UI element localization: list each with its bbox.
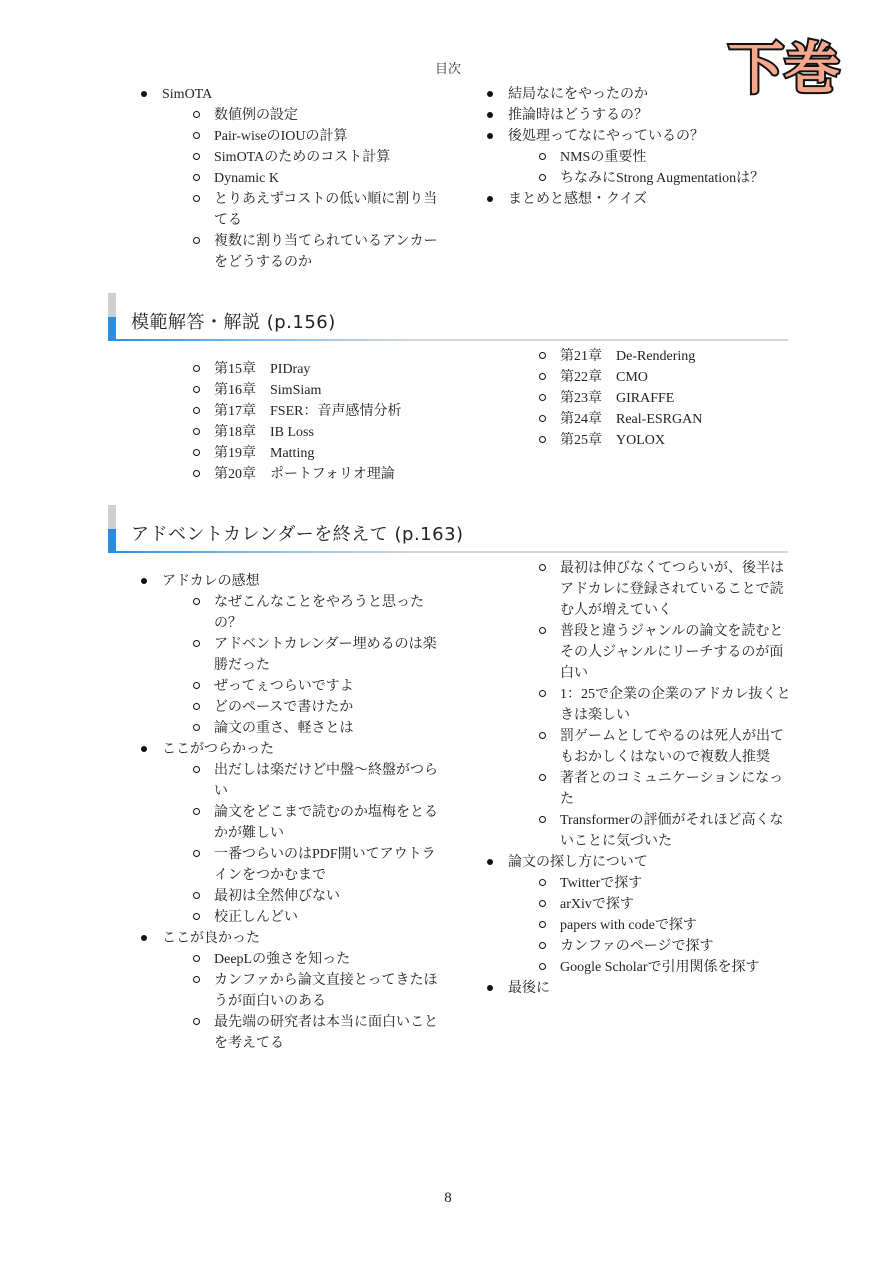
bullet-icon [487, 133, 493, 139]
answers-left-list: 第15章 PIDray 第16章 SimSiam 第17章 FSER：音声感情分… [190, 359, 470, 485]
bullet-icon [487, 196, 493, 202]
toc-subitem[interactable]: 最初は伸びなくてつらいが、後半はアドカレに登録されていることで読む人が増えていく [536, 558, 794, 621]
chapter-item[interactable]: 第25章 YOLOX [536, 430, 816, 451]
bullet-icon [141, 91, 147, 97]
toc-subitem[interactable]: 出だしは楽だけど中盤〜終盤がつらい [190, 760, 448, 802]
circle-bullet-icon [539, 436, 546, 443]
bullet-icon [487, 112, 493, 118]
toc-item[interactable]: SimOTA 数値例の設定 Pair-wiseのIOUの計算 SimOTAのため… [138, 84, 448, 273]
toc-subitem[interactable]: Transformerの評価がそれほど高くないことに気づいた [536, 810, 794, 852]
chapter-item[interactable]: 第22章 CMO [536, 367, 816, 388]
toc-subitem[interactable]: ちなみにStrong Augmentationは？ [536, 168, 794, 189]
toc-subitem[interactable]: 最初は全然伸びない [190, 886, 448, 907]
toc-item[interactable]: 最後に [484, 978, 794, 999]
section-heading-advent-calendar[interactable]: アドベントカレンダーを終えて (p.163) [108, 505, 788, 553]
toc-item[interactable]: 推論時はどうするの？ [484, 105, 794, 126]
toc-item[interactable]: 結局なにをやったのか [484, 84, 794, 105]
circle-bullet-icon [539, 963, 546, 970]
circle-bullet-icon [193, 808, 200, 815]
answers-right-list: 第21章 De-Rendering 第22章 CMO 第23章 GIRAFFE … [536, 346, 816, 451]
circle-bullet-icon [193, 386, 200, 393]
toc-subitem[interactable]: 一番つらいのはPDF開いてアウトラインをつかむまで [190, 844, 448, 886]
toc-subitem[interactable]: Pair-wiseのIOUの計算 [190, 126, 448, 147]
circle-bullet-icon [539, 627, 546, 634]
circle-bullet-icon [193, 766, 200, 773]
circle-bullet-icon [193, 598, 200, 605]
toc-subitem[interactable]: なぜこんなことをやろうと思ったの？ [190, 592, 448, 634]
heading-accent-bar [108, 293, 116, 317]
toc-subitem[interactable]: arXivで探す [536, 894, 794, 915]
heading-accent-bar [108, 505, 116, 529]
toc-subitem[interactable]: アドベントカレンダー埋めるのは楽勝だった [190, 634, 448, 676]
circle-bullet-icon [193, 449, 200, 456]
toc-subitem[interactable]: 1：25で企業の企業のアドカレ抜くときは楽しい [536, 684, 794, 726]
toc-subitem[interactable]: Twitterで探す [536, 873, 794, 894]
toc-subitem[interactable]: NMSの重要性 [536, 147, 794, 168]
circle-bullet-icon [193, 195, 200, 202]
circle-bullet-icon [193, 428, 200, 435]
chapter-item[interactable]: 第20章 ポートフォリオ理論 [190, 464, 470, 485]
circle-bullet-icon [539, 352, 546, 359]
toc-item[interactable]: まとめと感想・クイズ [484, 189, 794, 210]
heading-accent-bar [108, 317, 116, 341]
toc-item[interactable]: 後処理ってなにやっているの？ NMSの重要性 ちなみにStrong Augmen… [484, 126, 794, 189]
circle-bullet-icon [539, 153, 546, 160]
bullet-icon [141, 935, 147, 941]
bullet-icon [141, 578, 147, 584]
section-heading-model-answers[interactable]: 模範解答・解説 (p.156) [108, 293, 788, 341]
circle-bullet-icon [193, 640, 200, 647]
heading-underline [108, 339, 788, 341]
toc-subitem[interactable]: とりあえずコストの低い順に割り当てる [190, 189, 448, 231]
section-title: アドベントカレンダーを終えて (p.163) [131, 520, 464, 546]
toc-subitem[interactable]: 論文の重さ、軽さとは [190, 718, 448, 739]
toc-top-right: 結局なにをやったのか 推論時はどうするの？ 後処理ってなにやっているの？ NMS… [484, 84, 794, 210]
circle-bullet-icon [539, 415, 546, 422]
toc-subitem[interactable]: Dynamic K [190, 168, 448, 189]
circle-bullet-icon [539, 816, 546, 823]
circle-bullet-icon [193, 850, 200, 857]
toc-subitem[interactable]: どのペースで書けたか [190, 697, 448, 718]
circle-bullet-icon [193, 237, 200, 244]
toc-subitem[interactable]: 複数に割り当てられているアンカーをどうするのか [190, 231, 448, 273]
chapter-item[interactable]: 第18章 IB Loss [190, 422, 470, 443]
circle-bullet-icon [193, 682, 200, 689]
toc-subitem[interactable]: 校正しんどい [190, 907, 448, 928]
bullet-icon [487, 985, 493, 991]
circle-bullet-icon [193, 724, 200, 731]
chapter-item[interactable]: 第21章 De-Rendering [536, 346, 816, 367]
toc-subitem[interactable]: Google Scholarで引用関係を探す [536, 957, 794, 978]
chapter-item[interactable]: 第19章 Matting [190, 443, 470, 464]
chapter-item[interactable]: 第23章 GIRAFFE [536, 388, 816, 409]
circle-bullet-icon [193, 407, 200, 414]
toc-item[interactable]: 論文の探し方について Twitterで探す arXivで探す papers wi… [484, 852, 794, 978]
toc-subitem[interactable]: 罰ゲームとしてやるのは死人が出てもおかしくはないので複数人推奨 [536, 726, 794, 768]
bullet-icon [487, 91, 493, 97]
circle-bullet-icon [193, 976, 200, 983]
circle-bullet-icon [193, 470, 200, 477]
circle-bullet-icon [193, 111, 200, 118]
toc-subitem[interactable]: 普段と違うジャンルの論文を読むとその人ジャンルにリーチするのが面白い [536, 621, 794, 684]
toc-subitem[interactable]: 数値例の設定 [190, 105, 448, 126]
toc-subitem[interactable]: DeepLの強さを知った [190, 949, 448, 970]
circle-bullet-icon [539, 900, 546, 907]
circle-bullet-icon [539, 564, 546, 571]
toc-subitem[interactable]: カンファから論文直接とってきたほうが面白いのある [190, 970, 448, 1012]
toc-subitem[interactable]: SimOTAのためのコスト計算 [190, 147, 448, 168]
chapter-item[interactable]: 第16章 SimSiam [190, 380, 470, 401]
circle-bullet-icon [539, 174, 546, 181]
section-title: 模範解答・解説 (p.156) [131, 308, 336, 334]
toc-item[interactable]: ここが良かった DeepLの強さを知った カンファから論文直接とってきたほうが面… [138, 928, 448, 1054]
circle-bullet-icon [539, 942, 546, 949]
circle-bullet-icon [193, 1018, 200, 1025]
circle-bullet-icon [193, 153, 200, 160]
bullet-icon [141, 746, 147, 752]
circle-bullet-icon [539, 373, 546, 380]
chapter-item[interactable]: 第24章 Real-ESRGAN [536, 409, 816, 430]
circle-bullet-icon [539, 879, 546, 886]
circle-bullet-icon [193, 913, 200, 920]
bullet-icon [487, 859, 493, 865]
toc-subitem[interactable]: ぜってぇつらいですよ [190, 676, 448, 697]
circle-bullet-icon [539, 774, 546, 781]
heading-accent-bar [108, 529, 116, 553]
circle-bullet-icon [539, 732, 546, 739]
circle-bullet-icon [539, 394, 546, 401]
circle-bullet-icon [193, 174, 200, 181]
chapter-item[interactable]: 第17章 FSER：音声感情分析 [190, 401, 470, 422]
circle-bullet-icon [193, 892, 200, 899]
advent-right-column: 最初は伸びなくてつらいが、後半はアドカレに登録されていることで読む人が増えていく… [484, 558, 794, 999]
chapter-item[interactable]: 第15章 PIDray [190, 359, 470, 380]
circle-bullet-icon [193, 132, 200, 139]
circle-bullet-icon [193, 955, 200, 962]
circle-bullet-icon [539, 921, 546, 928]
page-number: 8 [0, 1190, 896, 1207]
advent-left-column: アドカレの感想 なぜこんなことをやろうと思ったの？ アドベントカレンダー埋めるの… [138, 571, 448, 1054]
toc-subitem[interactable]: 著者とのコミュニケーションになった [536, 768, 794, 810]
heading-underline [108, 551, 788, 553]
circle-bullet-icon [539, 690, 546, 697]
toc-item[interactable]: ここがつらかった 出だしは楽だけど中盤〜終盤がつらい 論文をどこまで読むのか塩梅… [138, 739, 448, 928]
circle-bullet-icon [193, 365, 200, 372]
toc-subitem[interactable]: papers with codeで探す [536, 915, 794, 936]
toc-subitem[interactable]: カンファのページで探す [536, 936, 794, 957]
circle-bullet-icon [193, 703, 200, 710]
toc-subitem[interactable]: 最先端の研究者は本当に面白いことを考えてる [190, 1012, 448, 1054]
toc-item[interactable]: アドカレの感想 なぜこんなことをやろうと思ったの？ アドベントカレンダー埋めるの… [138, 571, 448, 739]
toc-subitem[interactable]: 論文をどこまで読むのか塩梅をとるかが難しい [190, 802, 448, 844]
toc-top-left: SimOTA 数値例の設定 Pair-wiseのIOUの計算 SimOTAのため… [138, 84, 448, 273]
